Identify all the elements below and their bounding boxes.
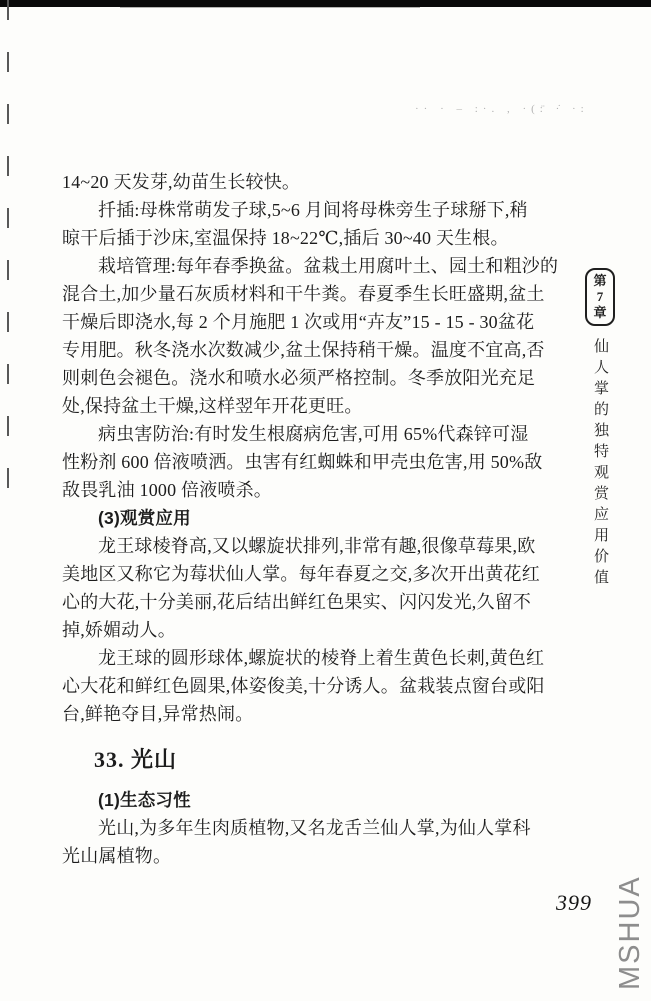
chapter-badge-char: 章 [593, 305, 606, 321]
body-line: 光山,为多年生肉质植物,又名龙舌兰仙人掌,为仙人掌科 [62, 814, 554, 842]
body-line: 性粉剂 600 倍液喷洒。虫害有红蜘蛛和甲壳虫危害,用 50%敌 [62, 448, 554, 476]
body-text-column: 14~20 天发芽,幼苗生长较快。 扦插:母株常萌发子球,5~6 月间将母株旁生… [62, 168, 554, 870]
body-line: 龙王球的圆形球体,螺旋状的棱脊上着生黄色长刺,黄色红 [62, 644, 554, 672]
section-heading: 33. 光山 [62, 742, 554, 778]
body-line: 14~20 天发芽,幼苗生长较快。 [62, 168, 554, 196]
book-page-scan: ·· · – :·. , ·(:̈ ·̇ ·: 14~20 天发芽,幼苗生长较快… [0, 0, 651, 1001]
chapter-vertical-title: 仙人掌的独特观赏应用价值 [590, 338, 611, 608]
chapter-number-badge: 第 7 章 [585, 268, 615, 326]
body-line: 龙王球棱脊高,又以螺旋状排列,非常有趣,很像草莓果,欧 [62, 532, 554, 560]
body-line: 病虫害防治:有时发生根腐病危害,可用 65%代森锌可湿 [62, 420, 554, 448]
body-line: 心大花和鲜红色圆果,体姿俊美,十分诱人。盆栽装点窗台或阳 [62, 672, 554, 700]
running-header-remnant: ·· · – :·. , ·(:̈ ·̇ ·: [415, 103, 625, 115]
body-line: 混合土,加少量石灰质材料和干牛粪。春夏季生长旺盛期,盆土 [62, 280, 554, 308]
subsection-heading: (3)观赏应用 [62, 504, 554, 532]
body-line: 栽培管理:每年春季换盆。盆栽土用腐叶土、园土和粗沙的 [62, 252, 554, 280]
spine-fold-dashes [7, 0, 9, 505]
body-line: 干燥后即浇水,每 2 个月施肥 1 次或用“卉友”15 - 15 - 30盆花 [62, 308, 554, 336]
body-line: 晾干后插于沙床,室温保持 18~22℃,插后 30~40 天生根。 [62, 224, 554, 252]
body-line: 处,保持盆土干燥,这样翌年开花更旺。 [62, 392, 554, 420]
body-line: 专用肥。秋冬浇水次数减少,盆土保持稍干燥。温度不宜高,否 [62, 336, 554, 364]
body-line: 扦插:母株常萌发子球,5~6 月间将母株旁生子球掰下,稍 [62, 196, 554, 224]
body-line: 台,鲜艳夺目,异常热闹。 [62, 700, 554, 728]
body-line: 光山属植物。 [62, 842, 554, 870]
body-line: 心的大花,十分美丽,花后结出鲜红色果实、闪闪发光,久留不 [62, 588, 554, 616]
body-line: 美地区又称它为莓状仙人掌。每年春夏之交,多次开出黄花红 [62, 560, 554, 588]
page-number: 399 [556, 890, 592, 916]
body-line: 掉,娇媚动人。 [62, 616, 554, 644]
scan-edge-artifact [0, 0, 651, 7]
body-line: 则刺色会褪色。浇水和喷水必须严格控制。冬季放阳光充足 [62, 364, 554, 392]
watermark-text: MSHUA [615, 880, 645, 990]
body-line: 敌畏乳油 1000 倍液喷杀。 [62, 476, 554, 504]
subsection-heading: (1)生态习性 [62, 786, 554, 814]
chapter-badge-char: 7 [597, 289, 604, 305]
chapter-badge-char: 第 [593, 273, 606, 289]
